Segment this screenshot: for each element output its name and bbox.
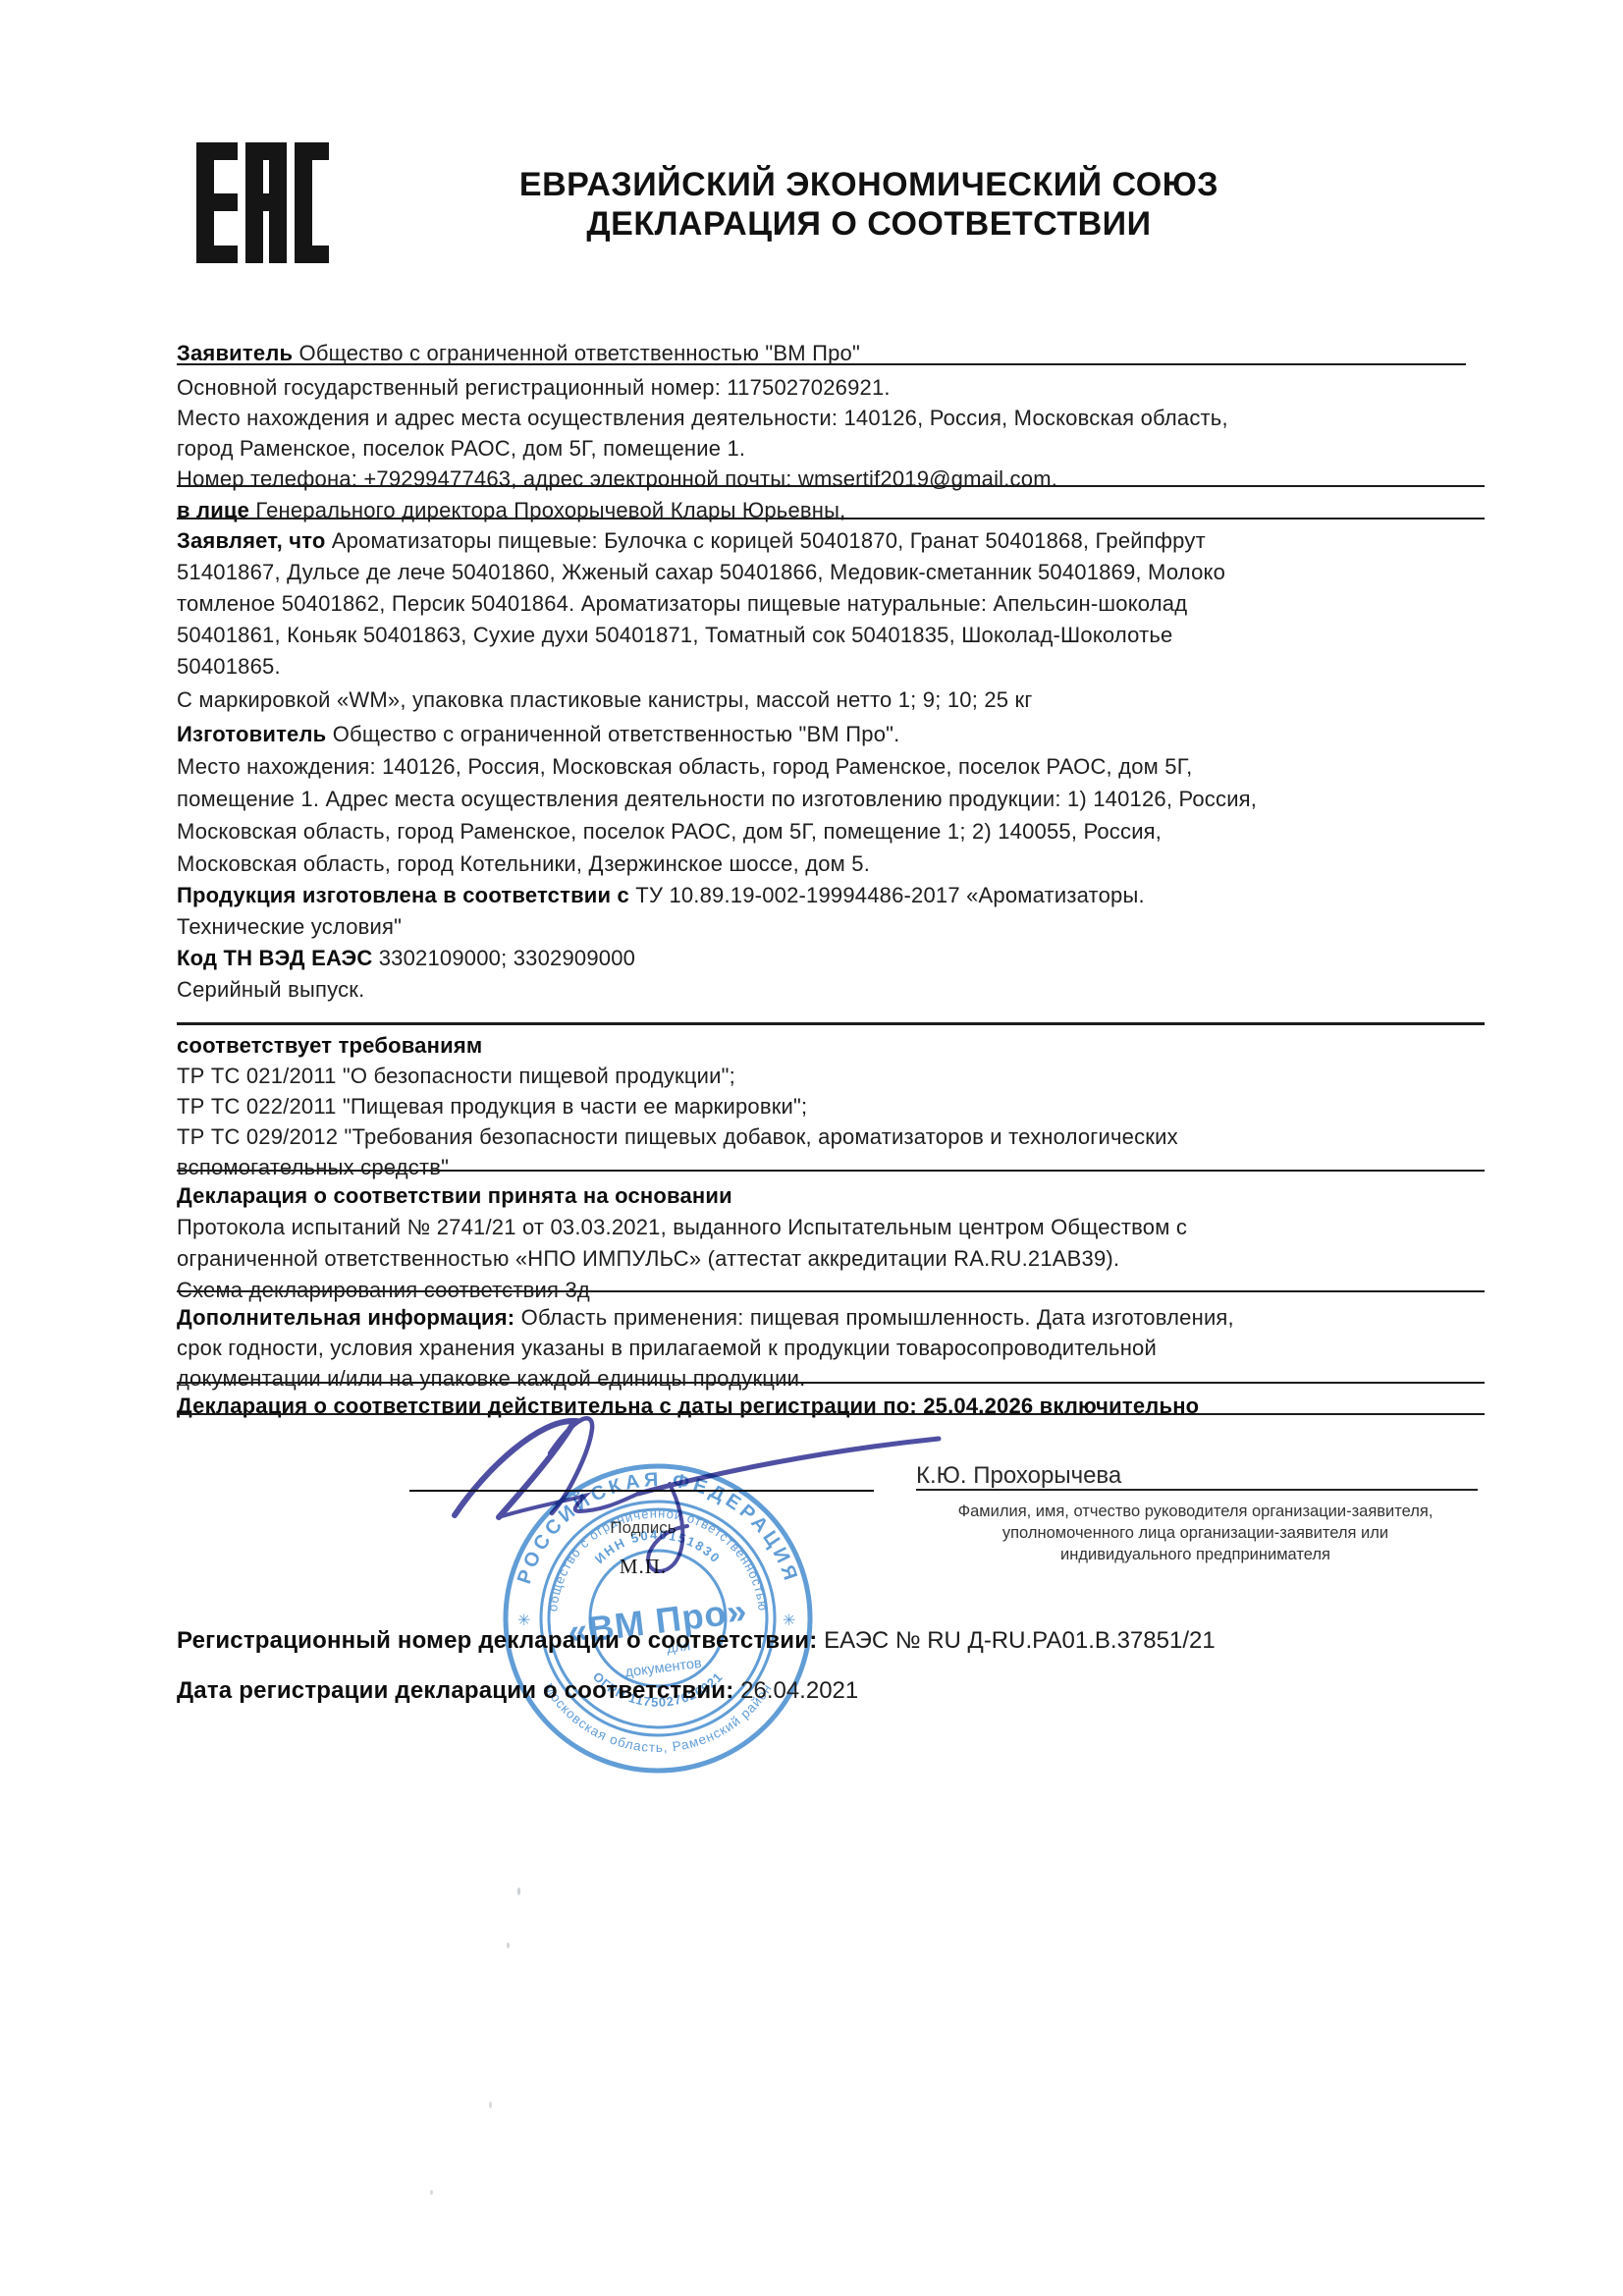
serial-release-line: Серийный выпуск. xyxy=(177,974,1485,1005)
marking-line: С маркировкой «WM», упаковка пластиковые… xyxy=(177,684,1485,715)
tnved-code-line: Код ТН ВЭД ЕАЭС 3302109000; 3302909000 xyxy=(177,943,1485,973)
applicant-label: Заявитель xyxy=(177,341,293,365)
basis-label: Декларация о соответствии принята на осн… xyxy=(177,1183,732,1208)
signer-name: К.Ю. Прохорычева xyxy=(916,1462,1478,1490)
divider-rule xyxy=(177,485,1485,487)
divider-rule xyxy=(177,1382,1485,1384)
basis-value: Протокола испытаний № 2741/21 от 03.03.2… xyxy=(177,1215,1187,1302)
registration-date-line: Дата регистрации декларации о соответств… xyxy=(177,1677,1497,1705)
divider-rule xyxy=(177,1290,1485,1292)
basis-paragraph: Декларация о соответствии принята на осн… xyxy=(177,1180,1497,1306)
declares-label: Заявляет, что xyxy=(177,528,326,553)
divider-rule xyxy=(177,1170,1485,1172)
produced-per-paragraph: Продукция изготовлена в соответствии с Т… xyxy=(177,880,1485,943)
handwritten-signature xyxy=(393,1409,962,1581)
additional-info-label: Дополнительная информация: xyxy=(177,1305,514,1330)
manufacturer-value: Общество с ограниченной ответственностью… xyxy=(177,722,1257,876)
divider-rule xyxy=(177,363,1466,365)
registration-number-label: Регистрационный номер декларации о соотв… xyxy=(177,1627,817,1654)
produced-label: Продукция изготовлена в соответствии с xyxy=(177,883,629,907)
eac-logo xyxy=(196,142,329,263)
document-title: ЕВРАЗИЙСКИЙ ЭКОНОМИЧЕСКИЙ СОЮЗ ДЕКЛАРАЦИ… xyxy=(412,165,1325,244)
tnved-value: 3302109000; 3302909000 xyxy=(372,946,635,970)
scan-speck xyxy=(430,2190,433,2195)
tnved-label: Код ТН ВЭД ЕАЭС xyxy=(177,946,372,970)
in-person-line: в лице Генерального директора Прохорычев… xyxy=(177,495,1485,525)
divider-rule xyxy=(177,518,1485,519)
scan-speck xyxy=(507,1942,510,1948)
registration-date-value: 26.04.2021 xyxy=(733,1677,858,1704)
registration-number-value: ЕАЭС № RU Д-RU.РА01.В.37851/21 xyxy=(817,1627,1215,1654)
manufacturer-label: Изготовитель xyxy=(177,722,326,746)
complies-label: соответствует требованиям xyxy=(177,1033,482,1058)
additional-info-paragraph: Дополнительная информация: Область приме… xyxy=(177,1302,1497,1394)
applicant-value: Общество с ограниченной ответственностью… xyxy=(293,341,860,365)
phone-email-line: Номер телефона: +79299477463, адрес элек… xyxy=(177,464,1485,494)
declaration-document-page: ЕВРАЗИЙСКИЙ ЭКОНОМИЧЕСКИЙ СОЮЗ ДЕКЛАРАЦИ… xyxy=(0,0,1623,2296)
section-divider-rule xyxy=(177,1022,1485,1025)
scan-speck xyxy=(489,2102,492,2108)
signer-name-caption: Фамилия, имя, отчество руководителя орга… xyxy=(908,1501,1483,1565)
declares-paragraph: Заявляет, что Ароматизаторы пищевые: Бул… xyxy=(177,525,1497,683)
declares-value: Ароматизаторы пищевые: Булочка с корицей… xyxy=(177,528,1225,679)
scan-speck xyxy=(517,1887,520,1895)
complies-paragraph: соответствует требованиям ТР ТС 021/2011… xyxy=(177,1030,1497,1182)
registration-number-line: Регистрационный номер декларации о соотв… xyxy=(177,1627,1497,1655)
title-line-1: ЕВРАЗИЙСКИЙ ЭКОНОМИЧЕСКИЙ СОЮЗ xyxy=(412,165,1325,204)
title-line-2: ДЕКЛАРАЦИЯ О СООТВЕТСТВИИ xyxy=(412,204,1325,244)
manufacturer-paragraph: Изготовитель Общество с ограниченной отв… xyxy=(177,718,1497,880)
complies-value: ТР ТС 021/2011 "О безопасности пищевой п… xyxy=(177,1064,1178,1179)
registration-date-label: Дата регистрации декларации о соответств… xyxy=(177,1677,733,1704)
applicant-details: Основной государственный регистрационный… xyxy=(177,372,1485,464)
